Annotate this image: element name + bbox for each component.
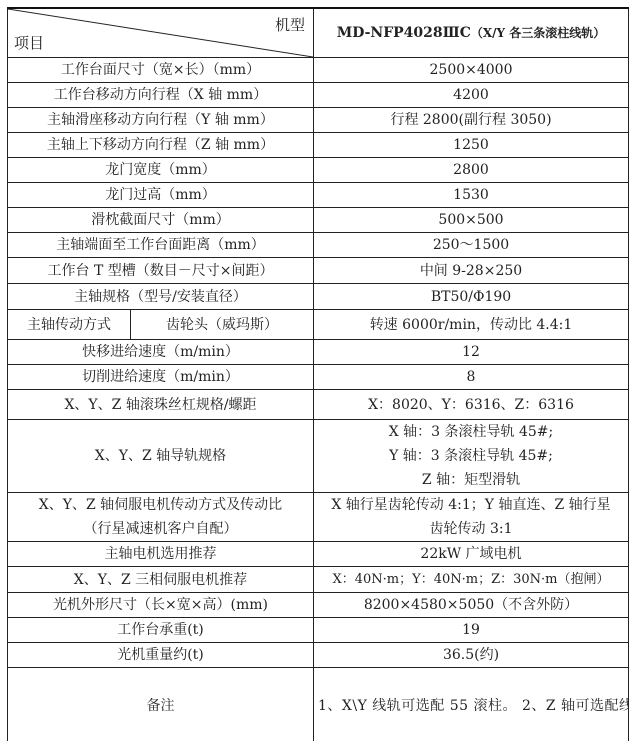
row-value: 500×500: [314, 208, 629, 233]
table-row: 主轴电机选用推荐 22kW 广域电机: [8, 542, 629, 567]
row-label: X、Y、Z 三相伺服电机推荐: [8, 567, 314, 593]
model-name: MD-NFP4028ⅢC: [337, 25, 471, 41]
row-value: 19: [314, 618, 629, 643]
row-label: 切削进给速度（m/min）: [8, 365, 314, 390]
diagonal-header-cell: 机型 项目: [8, 8, 314, 58]
table-row: 工作台移动方向行程（X 轴 mm） 4200: [8, 83, 629, 108]
row-label: 工作台面尺寸（宽×长）（mm）: [8, 58, 314, 83]
table-row: 切削进给速度（m/min） 8: [8, 365, 629, 390]
row-label: 主轴端面至工作台面距离（mm）: [8, 233, 314, 258]
row-label: 主轴滑座移动方向行程（Y 轴 mm）: [8, 108, 314, 133]
table-row: 滑枕截面尺寸（mm） 500×500: [8, 208, 629, 233]
model-column-label: 机型: [275, 13, 305, 37]
row-label: X、Y、Z 轴导轨规格: [8, 420, 314, 493]
row-label: 光机外形尺寸（长×宽×高）(mm): [8, 593, 314, 618]
value-line: X 轴行星齿轮传动 4:1；Y 轴直连、Z 轴行星: [318, 493, 624, 517]
table-row: 龙门宽度（mm） 2800: [8, 158, 629, 183]
row-value: 4200: [314, 83, 629, 108]
row-label: 龙门宽度（mm）: [8, 158, 314, 183]
row-value: 8: [314, 365, 629, 390]
row-label: 工作台 T 型槽（数目－尺寸×间距）: [8, 258, 314, 284]
row-value: BT50/Φ190: [314, 284, 629, 310]
table-row: 主轴上下移动方向行程（Z 轴 mm） 1250: [8, 133, 629, 158]
row-value: 转速 6000r/min，传动比 4.4:1: [314, 310, 629, 340]
table-row: 工作台 T 型槽（数目－尺寸×间距） 中间 9-28×250: [8, 258, 629, 284]
row-value: 2800: [314, 158, 629, 183]
row-label: 快移进给速度（m/min）: [8, 340, 314, 365]
row-label: 主轴电机选用推荐: [8, 542, 314, 567]
value-line: Y 轴：3 条滚柱导轨 45#;: [318, 444, 624, 468]
row-value: 12: [314, 340, 629, 365]
row-label: 龙门过高（mm）: [8, 183, 314, 208]
remarks-label: 备注: [8, 668, 314, 741]
model-name-cell: MD-NFP4028ⅢC（X/Y 各三条滚柱线轨）: [314, 8, 629, 58]
row-label: 光机重量约(t): [8, 643, 314, 668]
row-value: 行程 2800(副行程 3050): [314, 108, 629, 133]
value-line: X 轴：3 条滚柱导轨 45#;: [318, 420, 624, 444]
label-line: X、Y、Z 轴伺服电机传动方式及传动比: [12, 493, 309, 517]
table-row: 备注 1、X\Y 线轨可选配 55 滚柱。 2、Z 轴可选配线轨、方滑枕、齿轮头…: [8, 668, 629, 741]
row-value-multiline: X 轴行星齿轮传动 4:1；Y 轴直连、Z 轴行星 齿轮传动 3:1: [314, 493, 629, 542]
table-row: 主轴规格（型号/安装直径） BT50/Φ190: [8, 284, 629, 310]
cutoff-heading-text: [0, 0, 240, 4]
row-label: 工作台承重(t): [8, 618, 314, 643]
table-row: 主轴端面至工作台面距离（mm） 250～1500: [8, 233, 629, 258]
value-line: 齿轮传动 3:1: [318, 517, 624, 541]
spec-table: 机型 项目 MD-NFP4028ⅢC（X/Y 各三条滚柱线轨） 工作台面尺寸（宽…: [7, 7, 629, 741]
table-row: X、Y、Z 轴伺服电机传动方式及传动比 （行星减速机客户自配） X 轴行星齿轮传…: [8, 493, 629, 542]
row-value: 250～1500: [314, 233, 629, 258]
model-note: （X/Y 各三条滚柱线轨）: [471, 26, 605, 40]
row-value: 1250: [314, 133, 629, 158]
diagonal-line-icon: [8, 9, 313, 57]
row-label: 工作台移动方向行程（X 轴 mm）: [8, 83, 314, 108]
table-row: 工作台面尺寸（宽×长）（mm） 2500×4000: [8, 58, 629, 83]
table-row: 光机外形尺寸（长×宽×高）(mm) 8200×4580×5050（不含外防）: [8, 593, 629, 618]
row-value: 22kW 广域电机: [314, 542, 629, 567]
table-row: 快移进给速度（m/min） 12: [8, 340, 629, 365]
table-row: X、Y、Z 轴导轨规格 X 轴：3 条滚柱导轨 45#; Y 轴：3 条滚柱导轨…: [8, 420, 629, 493]
row-label: 主轴上下移动方向行程（Z 轴 mm）: [8, 133, 314, 158]
row-value: X：8020、Y：6316、Z：6316: [314, 390, 629, 420]
row-label: 主轴传动方式: [8, 310, 131, 340]
table-header-row: 机型 项目 MD-NFP4028ⅢC（X/Y 各三条滚柱线轨）: [8, 8, 629, 58]
table-row: X、Y、Z 三相伺服电机推荐 X：40N·m；Y：40N·m；Z：30N·m（抱…: [8, 567, 629, 593]
row-value: 2500×4000: [314, 58, 629, 83]
row-value: 36.5(约): [314, 643, 629, 668]
item-column-label: 项目: [14, 31, 44, 55]
row-value-multiline: X 轴：3 条滚柱导轨 45#; Y 轴：3 条滚柱导轨 45#; Z 轴：矩型…: [314, 420, 629, 493]
table-row: 龙门过高（mm） 1530: [8, 183, 629, 208]
row-value: 中间 9-28×250: [314, 258, 629, 284]
table-row: X、Y、Z 轴滚珠丝杠规格/螺距 X：8020、Y：6316、Z：6316: [8, 390, 629, 420]
row-value: X：40N·m；Y：40N·m；Z：30N·m（抱闸）: [314, 567, 629, 593]
table-row: 工作台承重(t) 19: [8, 618, 629, 643]
row-value: 1530: [314, 183, 629, 208]
row-label: X、Y、Z 轴滚珠丝杠规格/螺距: [8, 390, 314, 420]
row-label: 主轴规格（型号/安装直径）: [8, 284, 314, 310]
value-line: Z 轴：矩型滑轨: [318, 468, 624, 492]
row-value: 8200×4580×5050（不含外防）: [314, 593, 629, 618]
remarks-value: 1、X\Y 线轨可选配 55 滚柱。 2、Z 轴可选配线轨、方滑枕、齿轮头、AC…: [314, 668, 629, 741]
table-row: 主轴传动方式 齿轮头（威玛斯） 转速 6000r/min，传动比 4.4:1: [8, 310, 629, 340]
row-label: 滑枕截面尺寸（mm）: [8, 208, 314, 233]
label-line: （行星减速机客户自配）: [12, 517, 309, 541]
table-row: 光机重量约(t) 36.5(约): [8, 643, 629, 668]
row-sublabel: 齿轮头（威玛斯）: [131, 310, 314, 340]
row-label-multiline: X、Y、Z 轴伺服电机传动方式及传动比 （行星减速机客户自配）: [8, 493, 314, 542]
table-row: 主轴滑座移动方向行程（Y 轴 mm） 行程 2800(副行程 3050): [8, 108, 629, 133]
